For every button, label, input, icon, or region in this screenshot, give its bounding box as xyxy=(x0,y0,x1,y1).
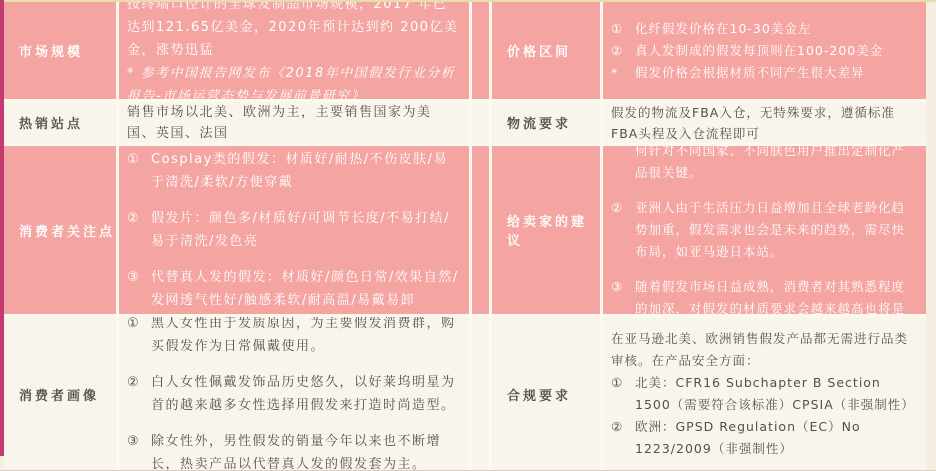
item-text: 白人女性佩戴发饰品历史悠久，以好莱坞明星为首的越来越多女性选择用假发来打造时尚造… xyxy=(151,371,459,417)
cell-logistics: 假发的物流及FBA入仓，无特殊要求，遵循标准FBA头程及入仓流程即可 xyxy=(603,102,926,143)
item-number: * xyxy=(611,62,628,84)
item-text: 真人发制成的假发每顶则在100-200美金 xyxy=(635,40,916,62)
row-header-consumer-profile-label: 消费者画像 xyxy=(19,385,99,404)
item-number: ① xyxy=(611,18,628,40)
cell-consumer-focus: ① Cosplay类的假发：材质好/耐热/不伤皮肤/易于清洗/柔软/方便穿戴 ②… xyxy=(119,146,469,314)
column-spacer xyxy=(472,146,489,314)
item-number: ② xyxy=(127,371,144,417)
item-text: 假发价格会根据材质不同产生很大差异 xyxy=(635,62,916,84)
item-text: 化纤假发价格在10-30美金左 xyxy=(635,18,916,40)
logistics-text: 假发的物流及FBA入仓，无特殊要求，遵循标准FBA头程及入仓流程即可 xyxy=(611,102,916,143)
list-item: ② 亚洲人由于生活压力日益增加且全球老龄化趋势加重，假发需求也会是未来的趋势，需… xyxy=(611,197,916,263)
item-number: ① xyxy=(127,317,144,358)
row-header-price-range: 价格区间 xyxy=(492,2,600,99)
row-header-logistics-label: 物流要求 xyxy=(507,113,571,132)
row-header-compliance-label: 合规要求 xyxy=(507,385,571,404)
row-header-hot-sites-label: 热销站点 xyxy=(19,113,83,132)
market-size-reference-note: * 参考中国报告网发布《2018年中国假发行业分析报告-市场运营态势与发展前景研… xyxy=(127,62,459,99)
item-text: 假发片：颜色多/材质好/可调节长度/不易打结/易于清洗/发色亮 xyxy=(151,207,459,253)
item-number: ① xyxy=(611,146,628,184)
list-item: ③ 随着假发市场日益成熟，消费者对其熟悉程度的加深，对假发的材质要求会越来越高也… xyxy=(611,276,916,314)
market-size-text: 按终端口径计的全球发制品市场规模，2017 年已达到121.65亿美金，2020… xyxy=(127,2,459,62)
item-text: 由于消费者对假发的需求侧重点有所不同，如何针对不同国家、不同肤色用户推出定制化产… xyxy=(635,146,916,184)
list-item: ① 北美：CFR16 Subchapter B Section 1500（需要符… xyxy=(611,372,916,416)
item-text: 欧洲：GPSD Regulation（EC）No 1223/2009（非强制性） xyxy=(635,416,916,460)
item-text: 除女性外，男性假发的销量今年以来也不断增长，热卖产品以代替真人发的假发套为主。 xyxy=(151,430,459,471)
row-header-market-size: 市场规模 xyxy=(4,2,116,99)
cell-price-range: ① 化纤假发价格在10-30美金左 ② 真人发制成的假发每顶则在100-200美… xyxy=(603,2,926,99)
compliance-intro: 在亚马逊北美、欧洲销售假发产品都无需进行品类审核。在产品安全方面： xyxy=(611,328,916,372)
list-item: ① 由于消费者对假发的需求侧重点有所不同，如何针对不同国家、不同肤色用户推出定制… xyxy=(611,146,916,184)
wig-market-info-table: 市场规模 按终端口径计的全球发制品市场规模，2017 年已达到121.65亿美金… xyxy=(4,2,926,471)
row-header-consumer-profile: 消费者画像 xyxy=(4,317,116,471)
row-header-logistics: 物流要求 xyxy=(492,102,600,143)
row-header-hot-sites: 热销站点 xyxy=(4,102,116,143)
item-number: ① xyxy=(611,372,628,416)
cell-consumer-profile: ① 黑人女性由于发质原因，为主要假发消费群，购买假发作为日常佩戴使用。 ② 白人… xyxy=(119,317,469,471)
list-item: ② 欧洲：GPSD Regulation（EC）No 1223/2009（非强制… xyxy=(611,416,916,460)
item-number: ③ xyxy=(611,276,628,314)
row-header-consumer-focus-label: 消费者关注点 xyxy=(19,221,115,240)
row-header-market-size-label: 市场规模 xyxy=(19,41,83,60)
row-header-seller-advice: 给卖家的建议 xyxy=(492,146,600,314)
list-item: ① Cosplay类的假发：材质好/耐热/不伤皮肤/易于清洗/柔软/方便穿戴 xyxy=(127,148,459,194)
item-number: ② xyxy=(611,416,628,460)
row-header-consumer-focus: 消费者关注点 xyxy=(4,146,116,314)
hot-sites-text: 销售市场以北美、欧洲为主，主要销售国家为美国、英国、法国 xyxy=(127,102,459,143)
top-border-line xyxy=(0,0,936,2)
left-accent-bar xyxy=(0,0,4,456)
column-spacer xyxy=(472,102,489,143)
list-item: ② 假发片：颜色多/材质好/可调节长度/不易打结/易于清洗/发色亮 xyxy=(127,207,459,253)
item-number: ③ xyxy=(127,266,144,312)
item-text: 代替真人发的假发：材质好/颜色日常/效果自然/发网透气性好/触感柔软/耐高温/易… xyxy=(151,266,459,312)
list-item: ② 真人发制成的假发每顶则在100-200美金 xyxy=(611,40,916,62)
list-item: ③ 代替真人发的假发：材质好/颜色日常/效果自然/发网透气性好/触感柔软/耐高温… xyxy=(127,266,459,312)
item-number: ② xyxy=(611,40,628,62)
list-item: ① 化纤假发价格在10-30美金左 xyxy=(611,18,916,40)
list-item: * 假发价格会根据材质不同产生很大差异 xyxy=(611,62,916,84)
item-text: 随着假发市场日益成熟，消费者对其熟悉程度的加深，对假发的材质要求会越来越高也将是… xyxy=(635,276,916,314)
item-number: ② xyxy=(127,207,144,253)
item-text: 黑人女性由于发质原因，为主要假发消费群，购买假发作为日常佩戴使用。 xyxy=(151,317,459,358)
list-item: ② 白人女性佩戴发饰品历史悠久，以好莱坞明星为首的越来越多女性选择用假发来打造时… xyxy=(127,371,459,417)
item-number: ② xyxy=(611,197,628,263)
row-header-price-range-label: 价格区间 xyxy=(507,41,571,60)
column-spacer xyxy=(472,2,489,99)
item-number: ③ xyxy=(127,430,144,471)
row-header-seller-advice-label: 给卖家的建议 xyxy=(507,211,600,249)
item-number: ① xyxy=(127,148,144,194)
cell-seller-advice: ① 由于消费者对假发的需求侧重点有所不同，如何针对不同国家、不同肤色用户推出定制… xyxy=(603,146,926,314)
cell-hot-sites: 销售市场以北美、欧洲为主，主要销售国家为美国、英国、法国 xyxy=(119,102,469,143)
item-text: 亚洲人由于生活压力日益增加且全球老龄化趋势加重，假发需求也会是未来的趋势，需尽快… xyxy=(635,197,916,263)
item-text: 北美：CFR16 Subchapter B Section 1500（需要符合该… xyxy=(635,372,916,416)
list-item: ① 黑人女性由于发质原因，为主要假发消费群，购买假发作为日常佩戴使用。 xyxy=(127,317,459,358)
row-header-compliance: 合规要求 xyxy=(492,317,600,471)
list-item: ③ 除女性外，男性假发的销量今年以来也不断增长，热卖产品以代替真人发的假发套为主… xyxy=(127,430,459,471)
cell-market-size: 按终端口径计的全球发制品市场规模，2017 年已达到121.65亿美金，2020… xyxy=(119,2,469,99)
cell-compliance: 在亚马逊北美、欧洲销售假发产品都无需进行品类审核。在产品安全方面： ① 北美：C… xyxy=(603,317,926,471)
column-spacer xyxy=(472,317,489,471)
item-text: Cosplay类的假发：材质好/耐热/不伤皮肤/易于清洗/柔软/方便穿戴 xyxy=(151,148,459,194)
